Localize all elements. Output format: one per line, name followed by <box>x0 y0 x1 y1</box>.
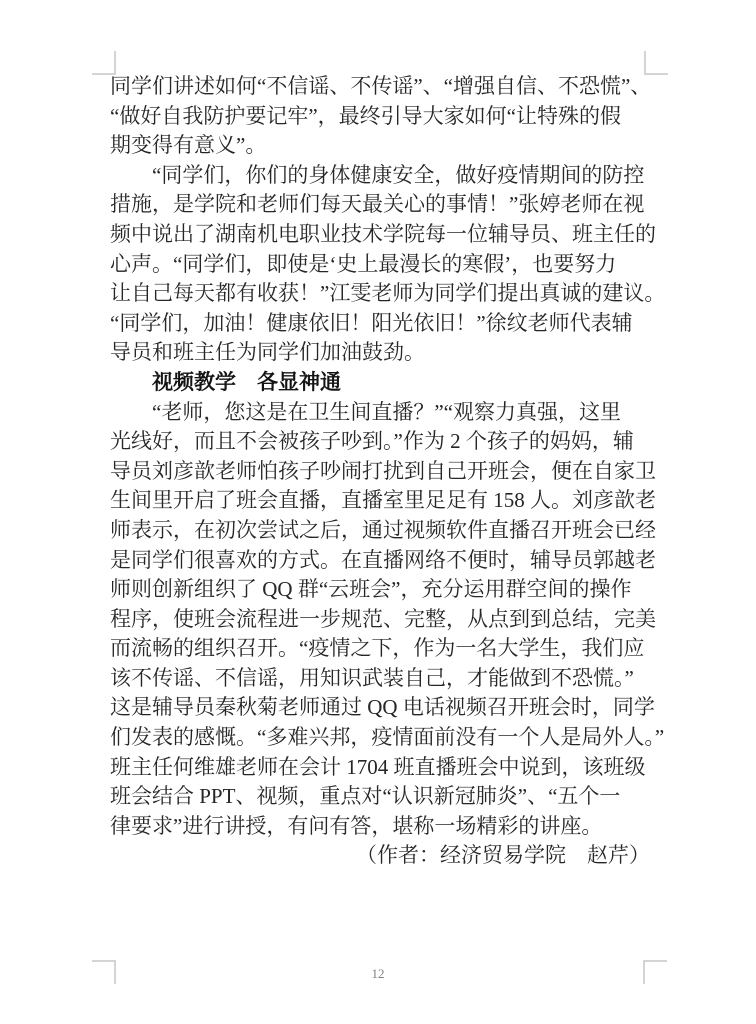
text-line: 光线好，而且不会被孩子吵到。”作为 2 个孩子的妈妈，辅 <box>110 427 650 457</box>
text-line: 心声。“同学们，即使是‘史上最漫长的寒假’，也要努力 <box>110 250 650 280</box>
text-line: 班主任何维雄老师在会计 1704 班直播班会中说到，该班级 <box>110 753 650 783</box>
text-line: 师则创新组织了 QQ 群“云班会”，充分运用群空间的操作 <box>110 575 650 605</box>
author-line: （作者：经济贸易学院 赵芹） <box>110 841 650 871</box>
text-line: 师表示，在初次尝试之后，通过视频软件直播召开班会已经 <box>110 516 650 546</box>
text-line: 是同学们很喜欢的方式。在直播网络不便时，辅导员郭越老 <box>110 546 650 576</box>
text-line: 该不传谣、不信谣，用知识武装自己，才能做到不恐慌。” <box>110 664 650 694</box>
page-number: 12 <box>0 966 756 982</box>
section-heading: 视频教学 各显神通 <box>110 368 650 398</box>
text-line: 这是辅导员秦秋菊老师通过 QQ 电话视频召开班会时，同学 <box>110 693 650 723</box>
text-line: 让自己每天都有收获！”江雯老师为同学们提出真诚的建议。 <box>110 279 650 309</box>
text-line: 律要求”进行讲授，有问有答，堪称一场精彩的讲座。 <box>110 812 650 842</box>
text-line: 程序，使班会流程进一步规范、完整，从点到到总结，完美 <box>110 605 650 635</box>
document-body: 同学们讲述如何“不信谣、不传谣”、“增强自信、不恐慌”、“做好自我防护要记牢”，… <box>110 72 650 871</box>
text-line: 同学们讲述如何“不信谣、不传谣”、“增强自信、不恐慌”、 <box>110 72 650 102</box>
text-line: “老师，您这是在卫生间直播？”“观察力真强，这里 <box>110 398 650 428</box>
text-line: “同学们，你们的身体健康安全，做好疫情期间的防控 <box>110 161 650 191</box>
text-line: 班会结合 PPT、视频，重点对“认识新冠肺炎”、“五个一 <box>110 782 650 812</box>
text-line: 措施，是学院和老师们每天最关心的事情！”张婷老师在视 <box>110 190 650 220</box>
text-line: “同学们，加油！健康依旧！阳光依旧！”徐纹老师代表辅 <box>110 309 650 339</box>
text-line: 导员刘彦歆老师怕孩子吵闹打扰到自己开班会，便在自家卫 <box>110 457 650 487</box>
text-line: 生间里开启了班会直播，直播室里足足有 158 人。刘彦歆老 <box>110 486 650 516</box>
document-page: 同学们讲述如何“不信谣、不传谣”、“增强自信、不恐慌”、“做好自我防护要记牢”，… <box>0 0 756 1024</box>
text-line: 导员和班主任为同学们加油鼓劲。 <box>110 338 650 368</box>
text-line: 而流畅的组织召开。“疫情之下，作为一名大学生，我们应 <box>110 634 650 664</box>
text-line: “做好自我防护要记牢”，最终引导大家如何“让特殊的假 <box>110 102 650 132</box>
text-line: 频中说出了湖南机电职业技术学院每一位辅导员、班主任的 <box>110 220 650 250</box>
text-line: 们发表的感慨。“多难兴邦，疫情面前没有一个人是局外人。” <box>110 723 650 753</box>
text-line: 期变得有意义”。 <box>110 131 650 161</box>
